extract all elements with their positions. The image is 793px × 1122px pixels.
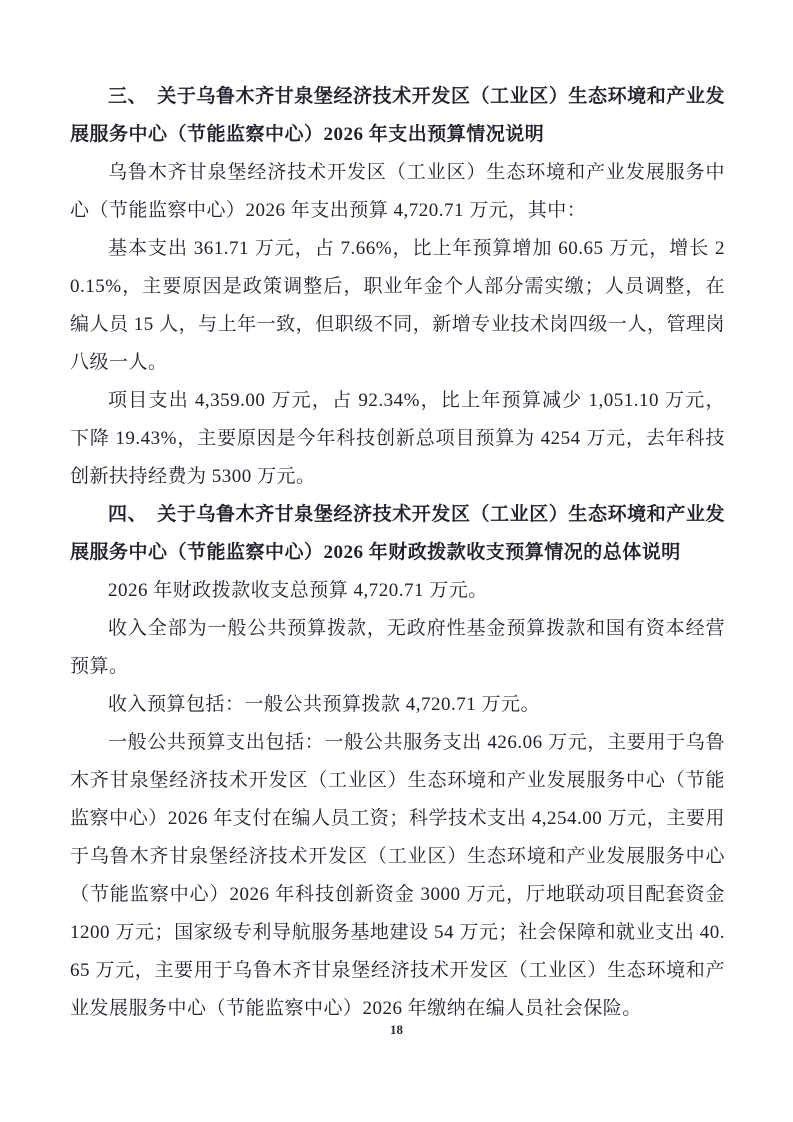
section-heading-4: 四、 关于乌鲁木齐甘泉堡经济技术开发区（工业区）生态环境和产业发展服务中心（节能… [70,496,725,572]
document-content: 三、 关于乌鲁木齐甘泉堡经济技术开发区（工业区）生态环境和产业发展服务中心（节能… [0,0,793,1028]
paragraph-revenue-budget: 收入预算包括：一般公共预算拨款 4,720.71 万元。 [70,686,725,724]
page-number: 18 [0,1022,793,1038]
paragraph-basic-expenditure: 基本支出 361.71 万元，占 7.66%，比上年预算增加 60.65 万元，… [70,230,725,382]
paragraph-expenditure-total: 乌鲁木齐甘泉堡经济技术开发区（工业区）生态环境和产业发展服务中心（节能监察中心）… [70,154,725,230]
paragraph-revenue-source: 收入全部为一般公共预算拨款，无政府性基金预算拨款和国有资本经营预算。 [70,610,725,686]
paragraph-project-expenditure: 项目支出 4,359.00 万元，占 92.34%，比上年预算减少 1,051.… [70,382,725,496]
section-heading-3: 三、 关于乌鲁木齐甘泉堡经济技术开发区（工业区）生态环境和产业发展服务中心（节能… [70,78,725,154]
paragraph-public-budget-breakdown: 一般公共预算支出包括：一般公共服务支出 426.06 万元，主要用于乌鲁木齐甘泉… [70,724,725,1028]
document-page: 三、 关于乌鲁木齐甘泉堡经济技术开发区（工业区）生态环境和产业发展服务中心（节能… [0,0,793,1122]
paragraph-fiscal-total: 2026 年财政拨款收支总预算 4,720.71 万元。 [70,572,725,610]
